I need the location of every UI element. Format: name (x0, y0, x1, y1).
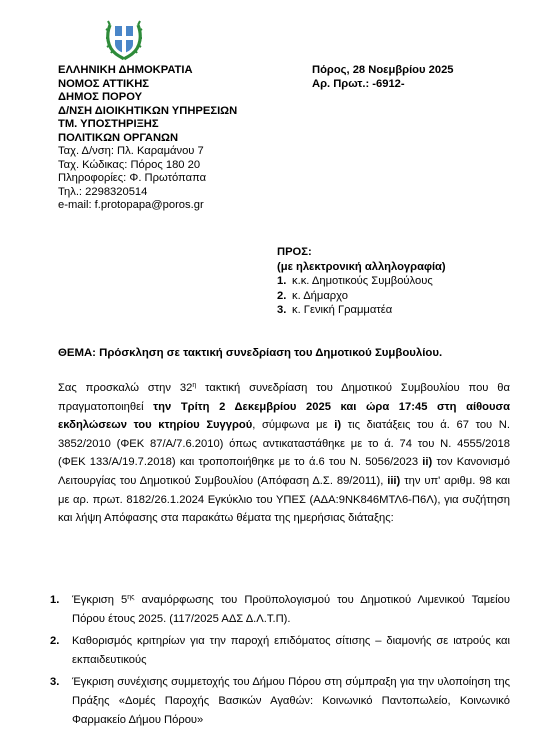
recipient-number: 1. (277, 274, 292, 289)
agenda-list: 1. Έγκριση 5ης αναμόρφωσης του Προϋπολογ… (50, 591, 510, 733)
recipients-title: ΠΡΟΣ: (277, 245, 446, 260)
clause-marker: iii) (387, 475, 400, 487)
recipients-subtitle: (με ηλεκτρονική αλληλογραφία) (277, 260, 446, 275)
agenda-number: 2. (50, 632, 72, 669)
agenda-number: 3. (50, 673, 72, 729)
contact-email: e-mail: f.protopapa@poros.gr (58, 199, 237, 213)
body-text: Σας προσκαλώ στην 32 (58, 382, 192, 394)
agenda-text: Έγκριση 5ης αναμόρφωσης του Προϋπολογισμ… (72, 591, 510, 628)
recipient-text: κ.κ. Δημοτικούς Συμβούλους (292, 274, 433, 289)
contact-postcode: Ταχ. Κώδικας: Πόρος 180 20 (58, 159, 237, 173)
recipients-block: ΠΡΟΣ: (με ηλεκτρονική αλληλογραφία) 1. κ… (277, 245, 446, 318)
agenda-number: 1. (50, 591, 72, 628)
recipient-text: κ. Δήμαρχο (292, 289, 348, 304)
ordinal-suffix: ης (127, 594, 134, 601)
protocol-number: Αρ. Πρωτ.: -6912- (312, 78, 454, 92)
org-line: ΤΜ. ΥΠΟΣΤΗΡΙΞΗΣ (58, 118, 237, 132)
issuer-block: ΕΛΛΗΝΙΚΗ ΔΗΜΟΚΡΑΤΙΑ ΝΟΜΟΣ ΑΤΤΙΚΗΣ ΔΗΜΟΣ … (58, 64, 237, 213)
recipient-item: 2. κ. Δήμαρχο (277, 289, 446, 304)
org-line: ΕΛΛΗΝΙΚΗ ΔΗΜΟΚΡΑΤΙΑ (58, 64, 237, 78)
document-date: Πόρος, 28 Νοεμβρίου 2025 (312, 64, 454, 78)
org-line: Δ/ΝΣΗ ΔΙΟΙΚΗΤΙΚΩΝ ΥΠΗΡΕΣΙΩΝ (58, 105, 237, 119)
recipient-number: 2. (277, 289, 292, 304)
org-line: ΝΟΜΟΣ ΑΤΤΙΚΗΣ (58, 78, 237, 92)
contact-info-person: Πληροφορίες: Φ. Πρωτόπαπα (58, 172, 237, 186)
agenda-item: 1. Έγκριση 5ης αναμόρφωσης του Προϋπολογ… (50, 591, 510, 628)
contact-phone: Τηλ.: 2298320514 (58, 186, 237, 200)
agenda-text-part: αναμόρφωσης του Προϋπολογισμού του Δημοτ… (72, 594, 510, 625)
recipient-text: κ. Γενική Γραμματέα (292, 303, 392, 318)
recipient-item: 3. κ. Γενική Γραμματέα (277, 303, 446, 318)
clause-marker: ii) (422, 456, 432, 468)
agenda-item: 2. Καθορισμός κριτηρίων για την παροχή ε… (50, 632, 510, 669)
org-line: ΔΗΜΟΣ ΠΟΡΟΥ (58, 91, 237, 105)
body-text: , σύμφωνα με (252, 419, 334, 431)
contact-address: Ταχ. Δ/νση: Πλ. Καραμάνου 7 (58, 145, 237, 159)
invitation-paragraph: Σας προσκαλώ στην 32η τακτική συνεδρίαση… (58, 379, 510, 528)
org-line: ΠΟΛΙΤΙΚΩΝ ΟΡΓΑΝΩΝ (58, 132, 237, 146)
agenda-item: 3. Έγκριση συνέχισης συμμετοχής του Δήμο… (50, 673, 510, 729)
agenda-text: Καθορισμός κριτηρίων για την παροχή επιδ… (72, 632, 510, 669)
date-protocol-block: Πόρος, 28 Νοεμβρίου 2025 Αρ. Πρωτ.: -691… (312, 64, 454, 91)
subject-line: ΘΕΜΑ: Πρόσκληση σε τακτική συνεδρίαση το… (58, 347, 442, 359)
agenda-text-part: Έγκριση 5 (72, 594, 127, 606)
recipient-number: 3. (277, 303, 292, 318)
recipient-item: 1. κ.κ. Δημοτικούς Συμβούλους (277, 274, 446, 289)
agenda-text: Έγκριση συνέχισης συμμετοχής του Δήμου Π… (72, 673, 510, 729)
greek-coat-of-arms-icon (104, 17, 144, 61)
